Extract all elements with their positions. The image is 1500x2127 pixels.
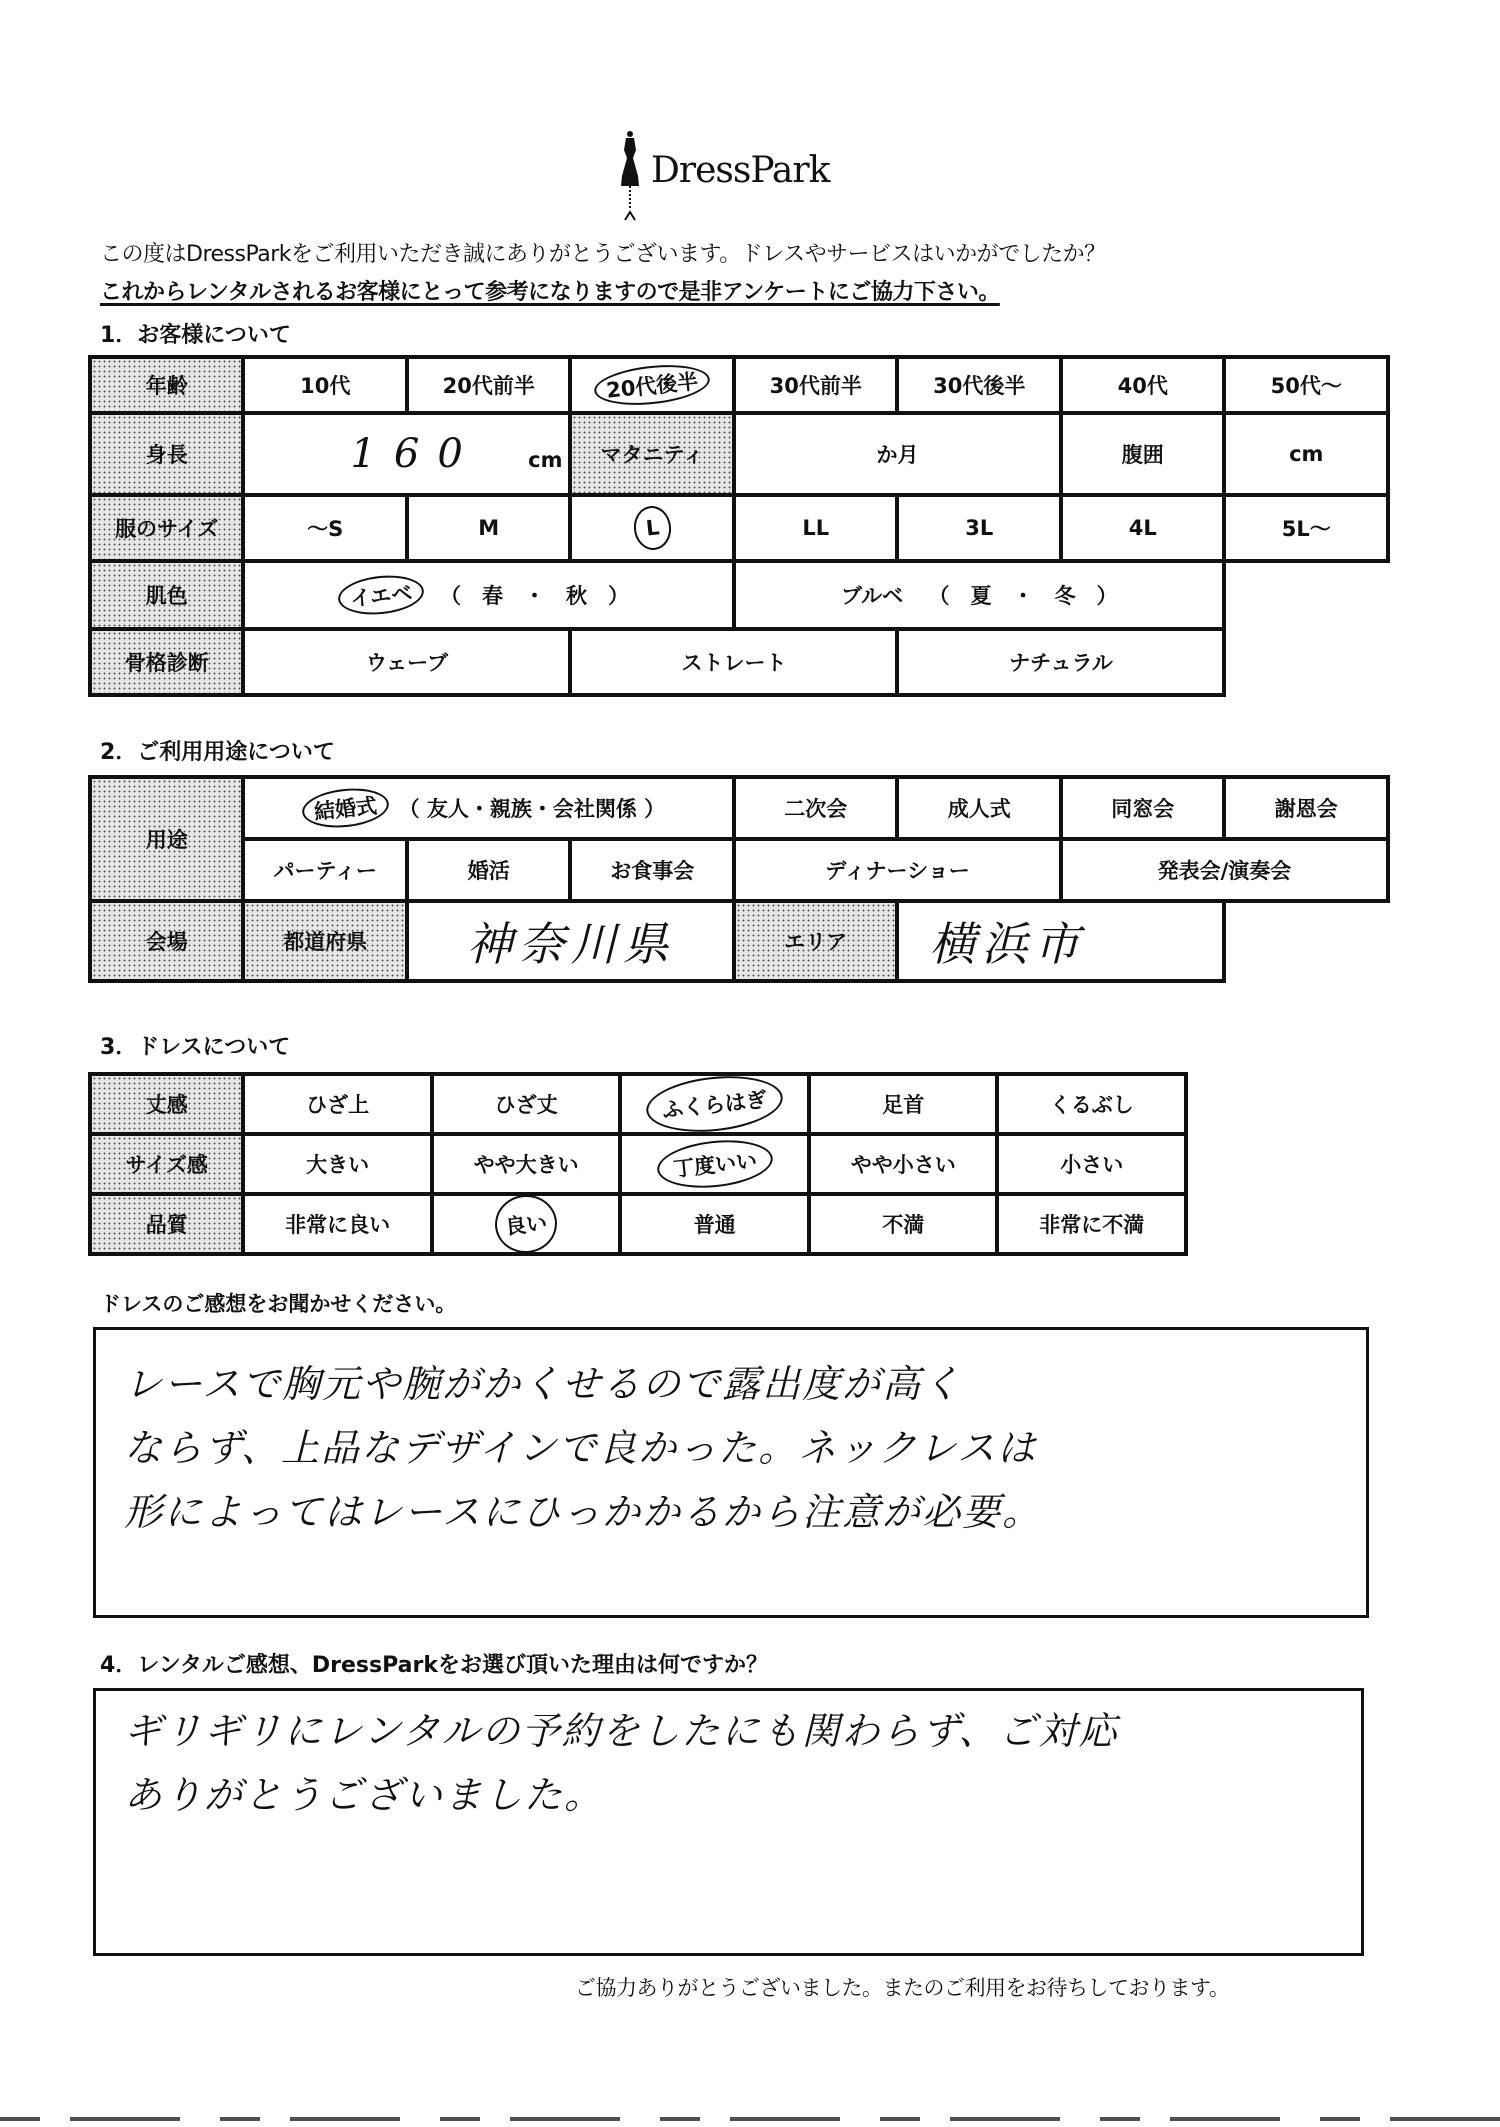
- skin-yellow-option[interactable]: イエベ （ 春 ・ 秋 ）: [243, 561, 734, 629]
- fit-row: サイズ感 大きい やや大きい 丁度いい やや小さい 小さい: [90, 1134, 1186, 1194]
- frame-row: 骨格診断 ウェーブ ストレート ナチュラル: [90, 629, 1388, 695]
- dress-form-icon: [615, 128, 645, 223]
- brand-logo: DressPark: [615, 128, 855, 223]
- venue-row: 会場 都道府県 神奈川県 エリア 横浜市: [90, 901, 1388, 981]
- handwritten-line: ならず、上品なデザインで良かった。ネックレスは: [96, 1416, 1366, 1480]
- area-value: 横浜市: [929, 917, 1085, 971]
- handwritten-line: 形によってはレースにひっかかるから注意が必要。: [96, 1480, 1366, 1544]
- section4-title: 4．レンタルご感想、DressParkをお選び頂いた理由は何ですか？: [100, 1648, 768, 1679]
- waist-label: 腹囲: [1061, 413, 1225, 495]
- handwritten-line: レースで胸元や腕がかくせるので露出度が高く: [96, 1352, 1366, 1416]
- customer-info-table: 年齢 10代 20代前半 20代後半 30代前半 30代後半 40代 50代～ …: [88, 355, 1390, 697]
- intro-request: これからレンタルされるお客様にとって参考になりますので是非アンケートにご協力下さ…: [100, 275, 1000, 306]
- quality-option[interactable]: 非常に良い: [243, 1194, 432, 1254]
- size-option[interactable]: ～S: [243, 495, 407, 561]
- purpose-option[interactable]: 婚活: [407, 839, 571, 901]
- age-option[interactable]: 50代～: [1224, 357, 1388, 413]
- quality-option[interactable]: 非常に不満: [997, 1194, 1186, 1254]
- wedding-detail: （ 友人・親族・会社関係 ）: [399, 797, 666, 821]
- length-row: 丈感 ひざ上 ひざ丈 ふくらはぎ 足首 くるぶし: [90, 1074, 1186, 1134]
- fit-option-selected[interactable]: 丁度いい: [620, 1134, 809, 1194]
- skin-label: 肌色: [90, 561, 243, 629]
- age-option[interactable]: 20代前半: [407, 357, 571, 413]
- size-option[interactable]: 5L～: [1224, 495, 1388, 561]
- size-option-selected[interactable]: L: [570, 495, 734, 561]
- impression-answer-box[interactable]: レースで胸元や腕がかくせるので露出度が高く ならず、上品なデザインで良かった。ネ…: [93, 1327, 1369, 1618]
- selection-circle: 結婚式: [301, 785, 391, 832]
- height-unit: cm: [528, 448, 562, 472]
- dress-table: 丈感 ひざ上 ひざ丈 ふくらはぎ 足首 くるぶし サイズ感 大きい やや大きい …: [88, 1072, 1188, 1256]
- size-option[interactable]: 3L: [897, 495, 1061, 561]
- frame-option[interactable]: ウェーブ: [243, 629, 570, 695]
- length-option[interactable]: くるぶし: [997, 1074, 1186, 1134]
- skin-row: 肌色 イエベ （ 春 ・ 秋 ） ブルベ （ 夏 ・ 冬 ）: [90, 561, 1388, 629]
- handwritten-line: ありがとうございました。: [96, 1763, 1361, 1827]
- age-option-selected[interactable]: 20代後半: [570, 357, 734, 413]
- quality-option-selected[interactable]: 良い: [432, 1194, 621, 1254]
- selection-circle: イエベ: [337, 572, 427, 619]
- height-label: 身長: [90, 413, 243, 495]
- length-option-selected[interactable]: ふくらはぎ: [620, 1074, 809, 1134]
- maternity-label: マタニティ: [570, 413, 734, 495]
- quality-label: 品質: [90, 1194, 243, 1254]
- purpose-option[interactable]: お食事会: [570, 839, 734, 901]
- height-field[interactable]: 160 cm: [243, 413, 570, 495]
- scan-edge-artifact: [0, 2117, 1500, 2121]
- height-row: 身長 160 cm マタニティ か月 腹囲 cm: [90, 413, 1388, 495]
- brand-name: DressPark: [651, 150, 829, 191]
- skin-yellow-seasons: （ 春 ・ 秋 ）: [440, 584, 629, 608]
- size-option[interactable]: 4L: [1061, 495, 1225, 561]
- length-option[interactable]: ひざ丈: [432, 1074, 621, 1134]
- reason-answer-box[interactable]: ギリギリにレンタルの予約をしたにも関わらず、ご対応 ありがとうございました。: [93, 1688, 1364, 1956]
- skin-blue-seasons: （ 夏 ・ 冬 ）: [928, 584, 1117, 608]
- purpose-option[interactable]: ディナーショー: [734, 839, 1061, 901]
- size-option[interactable]: M: [407, 495, 571, 561]
- section2-title: 2．ご利用用途について: [100, 735, 335, 766]
- venue-label: 会場: [90, 901, 243, 981]
- purpose-option[interactable]: 成人式: [897, 777, 1061, 839]
- purpose-option[interactable]: 二次会: [734, 777, 898, 839]
- frame-option[interactable]: ストレート: [570, 629, 897, 695]
- frame-label: 骨格診断: [90, 629, 243, 695]
- intro-text: この度はDressParkをご利用いただき誠にありがとうございます。ドレスやサー…: [100, 237, 1106, 268]
- selection-circle: L: [631, 504, 673, 552]
- skin-blue-label: ブルベ: [841, 584, 903, 608]
- prefecture-field[interactable]: 神奈川県: [407, 901, 734, 981]
- size-row: 服のサイズ ～S M L LL 3L 4L 5L～: [90, 495, 1388, 561]
- size-label: 服のサイズ: [90, 495, 243, 561]
- impression-prompt: ドレスのご感想をお聞かせください。: [100, 1288, 456, 1318]
- prefecture-label: 都道府県: [243, 901, 407, 981]
- purpose-option[interactable]: 同窓会: [1061, 777, 1225, 839]
- waist-field[interactable]: cm: [1224, 413, 1388, 495]
- purpose-row-1: 用途 結婚式 （ 友人・親族・会社関係 ） 二次会 成人式 同窓会 謝恩会: [90, 777, 1388, 839]
- selection-circle: 良い: [492, 1192, 560, 1256]
- length-label: 丈感: [90, 1074, 243, 1134]
- purpose-row-2: パーティー 婚活 お食事会 ディナーショー 発表会/演奏会: [90, 839, 1388, 901]
- height-value: 160: [350, 431, 480, 477]
- maternity-months-field[interactable]: か月: [734, 413, 1061, 495]
- fit-label: サイズ感: [90, 1134, 243, 1194]
- prefecture-value: 神奈川県: [466, 917, 674, 971]
- section3-title: 3．ドレスについて: [100, 1030, 290, 1061]
- age-option[interactable]: 30代前半: [734, 357, 898, 413]
- area-field[interactable]: 横浜市: [897, 901, 1224, 981]
- fit-option[interactable]: 小さい: [997, 1134, 1186, 1194]
- age-label: 年齢: [90, 357, 243, 413]
- purpose-label: 用途: [90, 777, 243, 901]
- handwritten-line: ギリギリにレンタルの予約をしたにも関わらず、ご対応: [96, 1699, 1361, 1763]
- purpose-option[interactable]: 発表会/演奏会: [1061, 839, 1388, 901]
- selection-circle: 丁度いい: [655, 1135, 775, 1193]
- usage-table: 用途 結婚式 （ 友人・親族・会社関係 ） 二次会 成人式 同窓会 謝恩会 パー…: [88, 775, 1390, 983]
- length-option[interactable]: 足首: [809, 1074, 998, 1134]
- frame-option[interactable]: ナチュラル: [897, 629, 1224, 695]
- quality-option[interactable]: 不満: [809, 1194, 998, 1254]
- fit-option[interactable]: 大きい: [243, 1134, 432, 1194]
- purpose-option[interactable]: 謝恩会: [1224, 777, 1388, 839]
- fit-option[interactable]: やや大きい: [432, 1134, 621, 1194]
- age-row: 年齢 10代 20代前半 20代後半 30代前半 30代後半 40代 50代～: [90, 357, 1388, 413]
- footer-thanks: ご協力ありがとうございました。またのご利用をお待ちしております。: [575, 1972, 1229, 2002]
- quality-row: 品質 非常に良い 良い 普通 不満 非常に不満: [90, 1194, 1186, 1254]
- area-label: エリア: [734, 901, 898, 981]
- selection-circle: ふくらはぎ: [644, 1070, 786, 1138]
- length-option[interactable]: ひざ上: [243, 1074, 432, 1134]
- age-option[interactable]: 30代後半: [897, 357, 1061, 413]
- quality-option[interactable]: 普通: [620, 1194, 809, 1254]
- selection-circle: 20代後半: [592, 360, 712, 410]
- size-option[interactable]: LL: [734, 495, 898, 561]
- section1-title: 1．お客様について: [100, 318, 291, 349]
- wedding-option[interactable]: 結婚式 （ 友人・親族・会社関係 ）: [243, 777, 734, 839]
- age-option[interactable]: 40代: [1061, 357, 1225, 413]
- fit-option[interactable]: やや小さい: [809, 1134, 998, 1194]
- age-option[interactable]: 10代: [243, 357, 407, 413]
- skin-blue-option[interactable]: ブルベ （ 夏 ・ 冬 ）: [734, 561, 1225, 629]
- purpose-option[interactable]: パーティー: [243, 839, 407, 901]
